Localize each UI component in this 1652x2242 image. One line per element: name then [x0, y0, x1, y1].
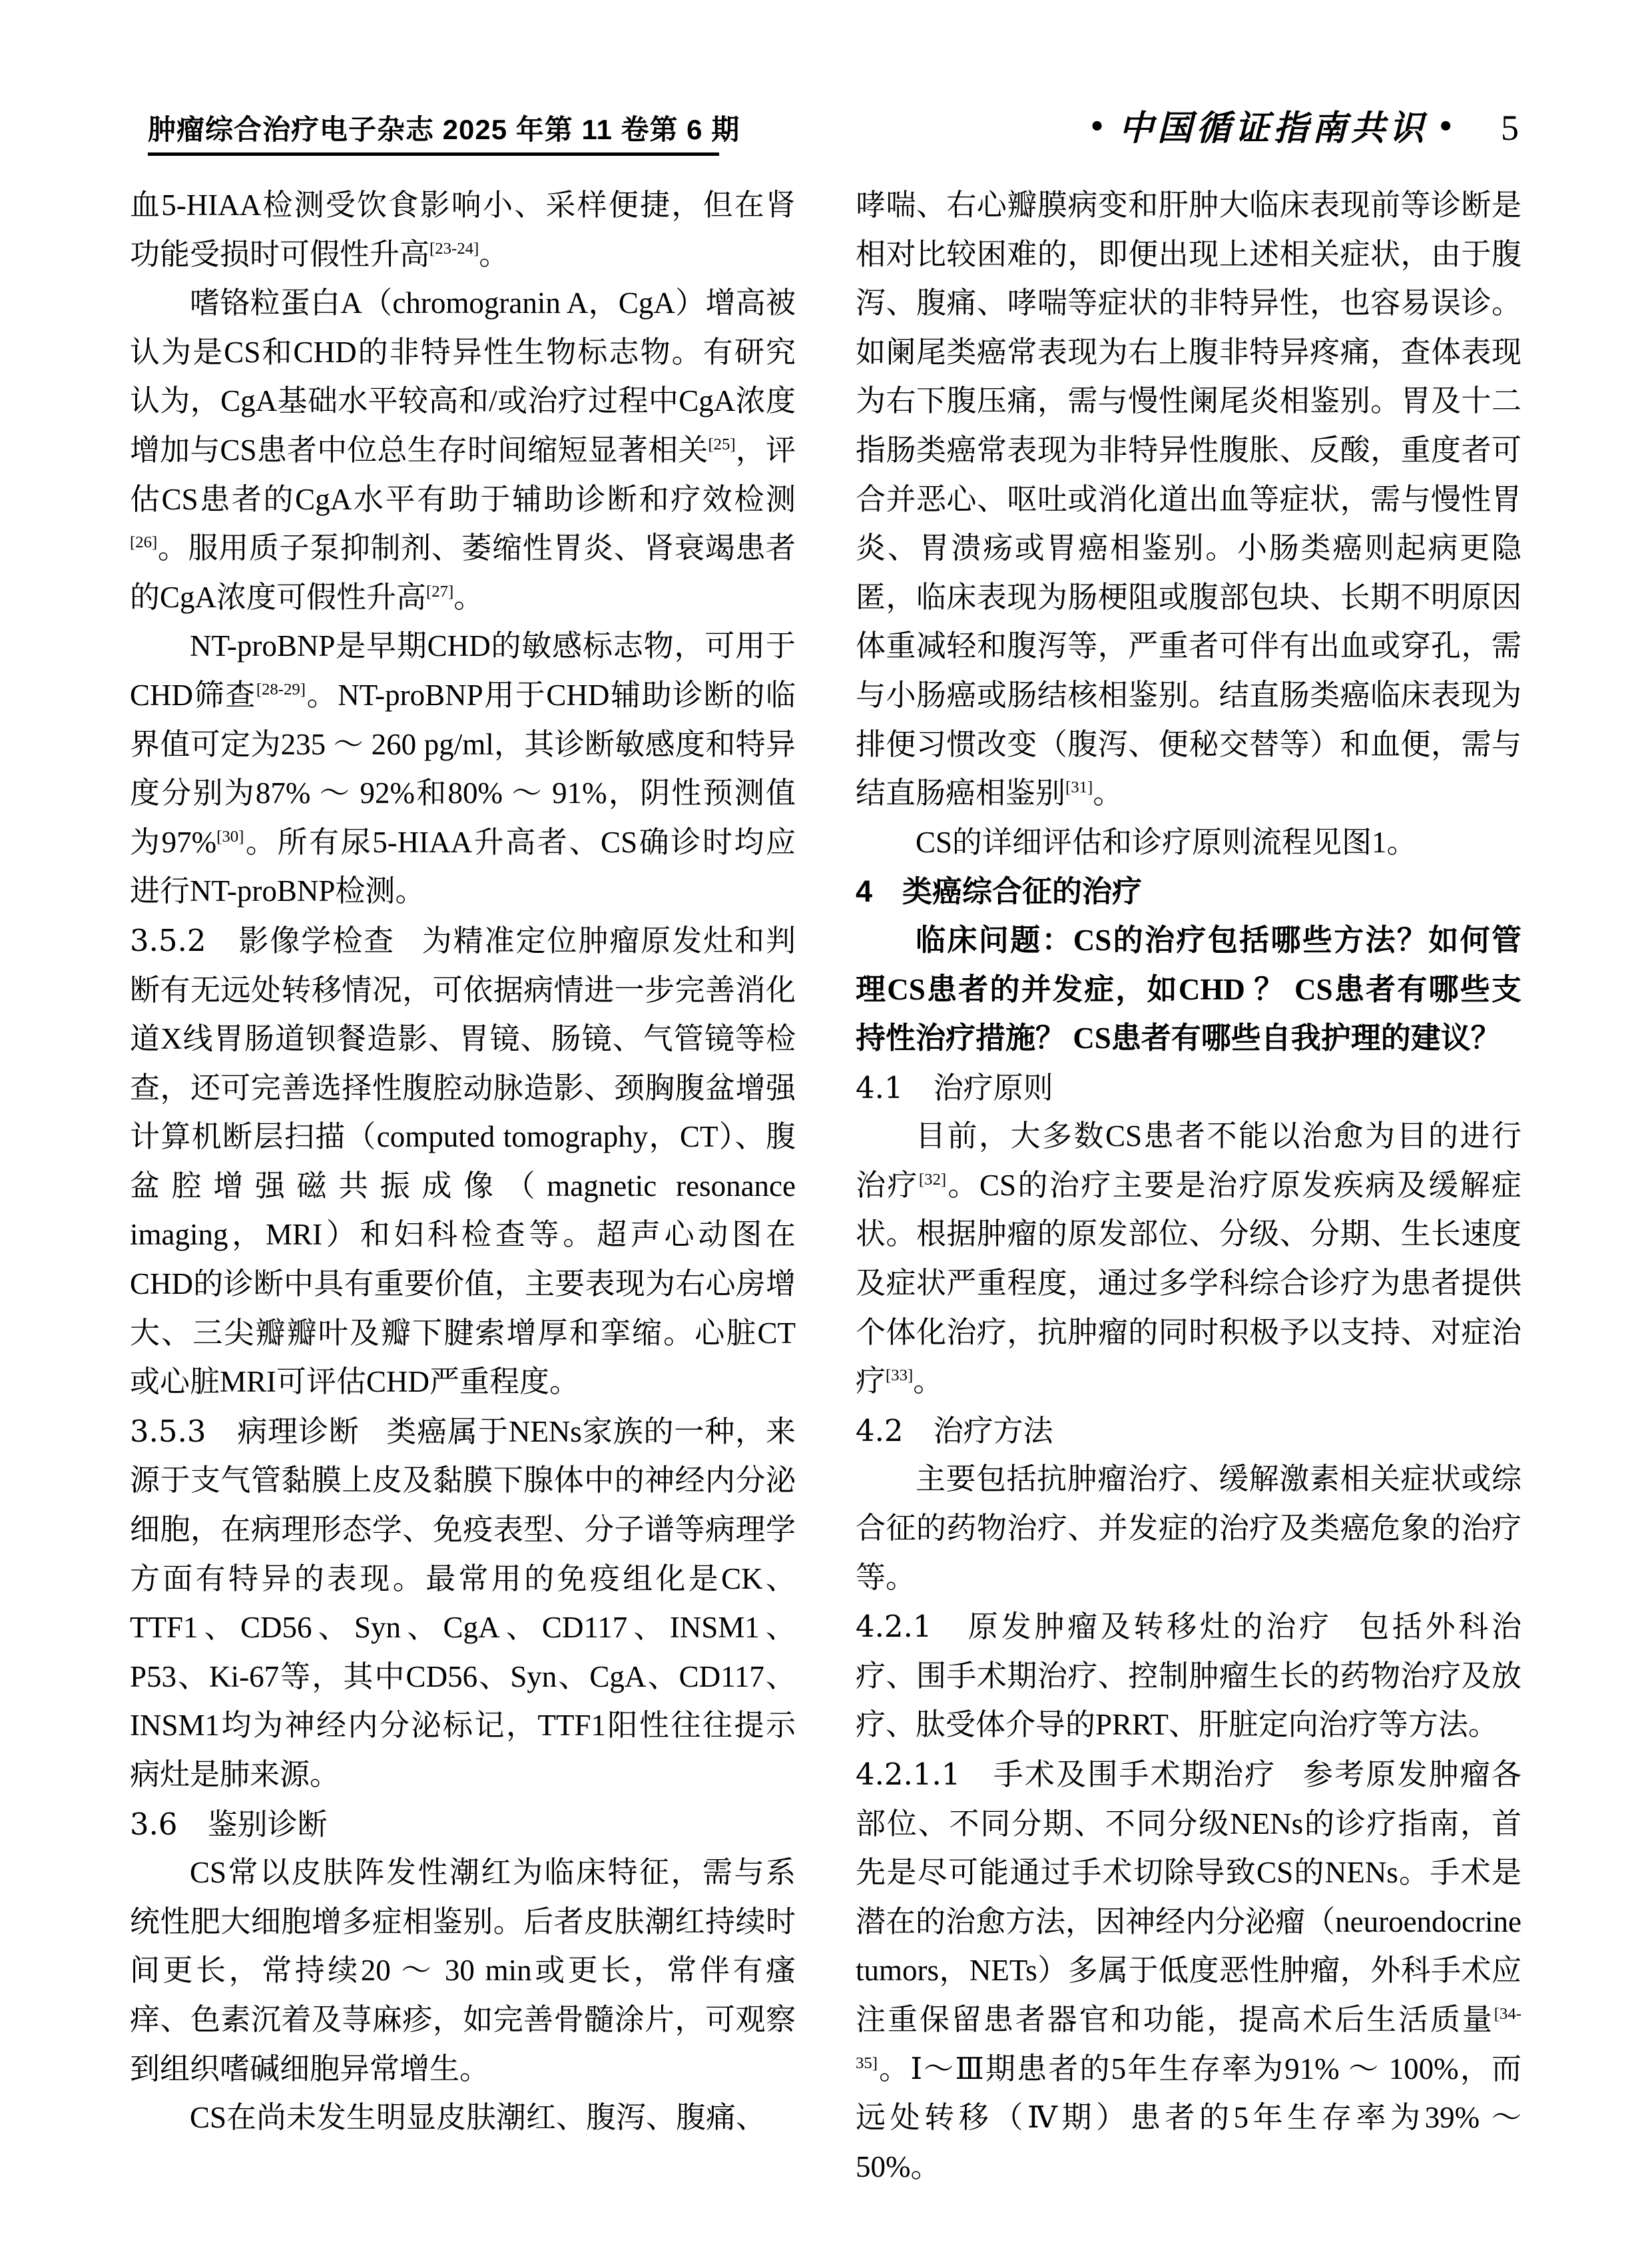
- run-in-heading: 4.2.1 原发肿瘤及转移灶的治疗: [856, 1609, 1332, 1644]
- header-rule: [148, 152, 719, 156]
- run-in-heading: 4.2.1.1 手术及围手术期治疗: [856, 1757, 1276, 1792]
- reference-marker: [31]: [1065, 778, 1093, 796]
- reference-marker: [27]: [426, 583, 453, 601]
- right-column: 哮喘、右心瓣膜病变和肝肿大临床表现前等诊断是相对比较困难的，即便出现上述相关症状…: [856, 181, 1521, 2191]
- paragraph-text: CS在尚未发生明显皮肤潮红、腹泻、腹痛、: [190, 2101, 766, 2134]
- bullet-icon: •: [1089, 111, 1110, 142]
- series-label: 中国循证指南共识: [1119, 108, 1428, 148]
- paragraph-text: 嗜铬粒蛋白A（chromogranin A，CgA）增高被认为是CS和CHD的非…: [130, 286, 796, 614]
- paragraph: 3.5.2 影像学检查为精准定位肿瘤原发灶和判断有无远处转移情况，可依据病情进一…: [130, 916, 796, 1407]
- paragraph-text: 主要包括抗肿瘤治疗、缓解激素相关症状或综合征的药物治疗、并发症的治疗及类癌危象的…: [856, 1462, 1521, 1593]
- reference-marker: [26]: [130, 533, 157, 551]
- paragraph-text: 类癌属于NENs家族的一种，来源于支气管黏膜上皮及黏膜下腺体中的神经内分泌细胞，…: [130, 1415, 796, 1791]
- reference-marker: [30]: [216, 828, 244, 846]
- run-in-heading: 3.5.3 病理诊断: [130, 1414, 360, 1449]
- paragraph-text: 临床问题：CS的治疗包括哪些方法？如何管理CS患者的并发症，如CHD ？ CS患…: [856, 924, 1521, 1055]
- paragraph: 临床问题：CS的治疗包括哪些方法？如何管理CS患者的并发症，如CHD ？ CS患…: [856, 916, 1521, 1063]
- reference-marker: [25]: [708, 435, 735, 453]
- heading-text: 4.1 治疗原则: [856, 1070, 1053, 1105]
- run-in-heading: 3.5.2 影像学检查: [130, 923, 395, 958]
- left-column: 血5-HIAA检测受饮食影响小、采样便捷，但在肾功能受损时可假性升高[23-24…: [130, 181, 796, 2143]
- paragraph: 嗜铬粒蛋白A（chromogranin A，CgA）增高被认为是CS和CHD的非…: [130, 279, 796, 622]
- paragraph-text: 血5-HIAA检测受饮食影响小、采样便捷，但在肾功能受损时可假性升高[23-24…: [130, 188, 796, 271]
- page-number: 5: [1501, 108, 1519, 148]
- paragraph-text: 为精准定位肿瘤原发灶和判断有无远处转移情况，可依据病情进一步完善消化道X线胃肠道…: [130, 924, 796, 1398]
- paragraph-text: CS常以皮肤阵发性潮红为临床特征，需与系统性肥大细胞增多症相鉴别。后者皮肤潮红持…: [130, 1856, 796, 2085]
- paragraph: 主要包括抗肿瘤治疗、缓解激素相关症状或综合征的药物治疗、并发症的治疗及类癌危象的…: [856, 1455, 1521, 1602]
- journal-title-header: 肿瘤综合治疗电子杂志 2025 年第 11 卷第 6 期: [148, 108, 814, 148]
- paragraph: CS在尚未发生明显皮肤潮红、腹泻、腹痛、: [130, 2094, 796, 2143]
- paragraph: 4.2.1.1 手术及围手术期治疗参考原发肿瘤各部位、不同分期、不同分级NENs…: [856, 1750, 1521, 2191]
- reference-marker: [34-35]: [856, 2005, 1521, 2072]
- paragraph-text: 哮喘、右心瓣膜病变和肝肿大临床表现前等诊断是相对比较困难的，即便出现上述相关症状…: [856, 188, 1521, 810]
- paragraph-text: NT-proBNP是早期CHD的敏感标志物，可用于CHD筛查[28-29]。NT…: [130, 629, 796, 908]
- paragraph: 目前，大多数CS患者不能以治愈为目的进行治疗[32]。CS的治疗主要是治疗原发疾…: [856, 1112, 1521, 1406]
- bullet-icon: •: [1437, 111, 1458, 142]
- running-head-right: •中国循证指南共识• 5: [1079, 100, 1519, 150]
- paragraph: NT-proBNP是早期CHD的敏感标志物，可用于CHD筛查[28-29]。NT…: [130, 622, 796, 916]
- paragraph-text: CS的详细评估和诊疗原则流程见图1。: [916, 826, 1417, 859]
- paragraph: 3.5.3 病理诊断类癌属于NENs家族的一种，来源于支气管黏膜上皮及黏膜下腺体…: [130, 1407, 796, 1800]
- heading-text: 4 类癌综合征的治疗: [856, 874, 1142, 908]
- section-heading: 4.1 治疗原则: [856, 1063, 1521, 1113]
- paragraph: 哮喘、右心瓣膜病变和肝肿大临床表现前等诊断是相对比较困难的，即便出现上述相关症状…: [856, 181, 1521, 818]
- paragraph: CS的详细评估和诊疗原则流程见图1。: [856, 818, 1521, 868]
- heading-text: 3.6 鉴别诊断: [130, 1807, 328, 1842]
- reference-marker: [32]: [919, 1171, 946, 1189]
- paragraph-text: 参考原发肿瘤各部位、不同分期、不同分级NENs的诊疗指南，首先是尽可能通过手术切…: [856, 1758, 1521, 2183]
- reference-marker: [23-24]: [429, 240, 479, 258]
- journal-page: 肿瘤综合治疗电子杂志 2025 年第 11 卷第 6 期 •中国循证指南共识• …: [0, 0, 1652, 2242]
- reference-marker: [33]: [886, 1366, 913, 1384]
- paragraph-text: 目前，大多数CS患者不能以治愈为目的进行治疗[32]。CS的治疗主要是治疗原发疾…: [856, 1119, 1521, 1398]
- section-heading: 4.2 治疗方法: [856, 1406, 1521, 1456]
- heading-text: 4.2 治疗方法: [856, 1413, 1053, 1448]
- paragraph: 血5-HIAA检测受饮食影响小、采样便捷，但在肾功能受损时可假性升高[23-24…: [130, 181, 796, 279]
- paragraph: CS常以皮肤阵发性潮红为临床特征，需与系统性肥大细胞增多症相鉴别。后者皮肤潮红持…: [130, 1848, 796, 2094]
- reference-marker: [28-29]: [256, 681, 306, 699]
- section-heading: 3.6 鉴别诊断: [130, 1800, 796, 1849]
- paragraph: 4.2.1 原发肿瘤及转移灶的治疗包括外科治疗、围手术期治疗、控制肿瘤生长的药物…: [856, 1602, 1521, 1750]
- section-heading: 4 类癌综合征的治疗: [856, 867, 1521, 916]
